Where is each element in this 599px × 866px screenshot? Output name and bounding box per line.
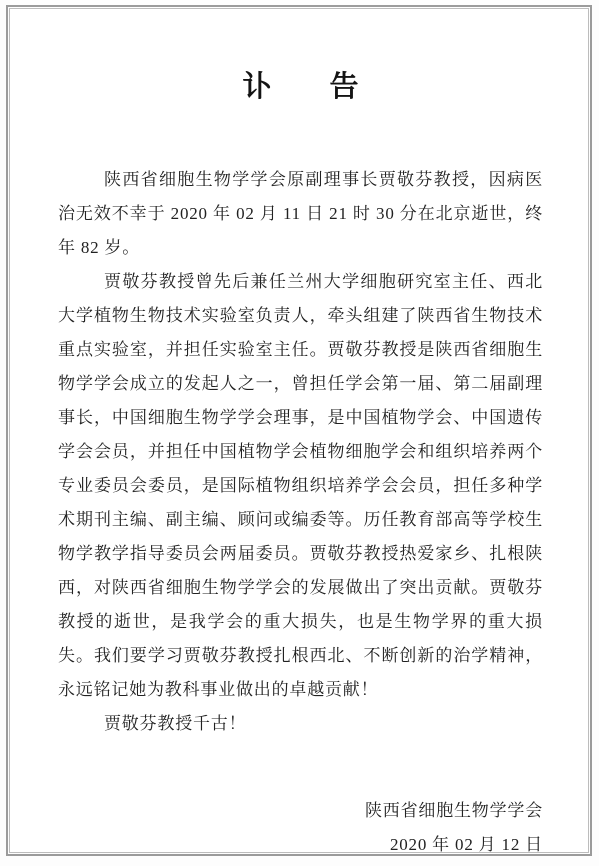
page-border-outer: 讣 告 陕西省细胞生物学学会原副理事长贾敬芬教授，因病医治无效不幸于 2020 … <box>6 5 592 856</box>
signature-date: 2020 年 02 月 12 日 <box>58 828 543 862</box>
paragraph-biography: 贾敬芬教授曾先后兼任兰州大学细胞研究室主任、西北大学植物生物技术实验室负责人，牵… <box>58 265 543 707</box>
page-border-inner: 讣 告 陕西省细胞生物学学会原副理事长贾敬芬教授，因病医治无效不幸于 2020 … <box>9 8 589 853</box>
document-content: 讣 告 陕西省细胞生物学学会原副理事长贾敬芬教授，因病医治无效不幸于 2020 … <box>58 9 543 862</box>
paragraph-tribute: 贾敬芬教授千古！ <box>58 707 543 741</box>
notice-body: 陕西省细胞生物学学会原副理事长贾敬芬教授，因病医治无效不幸于 2020 年 02… <box>58 163 543 741</box>
signature-block: 陕西省细胞生物学学会 2020 年 02 月 12 日 <box>58 794 543 862</box>
signature-organization: 陕西省细胞生物学学会 <box>58 794 543 828</box>
paragraph-death-announcement: 陕西省细胞生物学学会原副理事长贾敬芬教授，因病医治无效不幸于 2020 年 02… <box>58 163 543 265</box>
document-page: 讣 告 陕西省细胞生物学学会原副理事长贾敬芬教授，因病医治无效不幸于 2020 … <box>0 0 599 866</box>
notice-title: 讣 告 <box>58 71 543 103</box>
